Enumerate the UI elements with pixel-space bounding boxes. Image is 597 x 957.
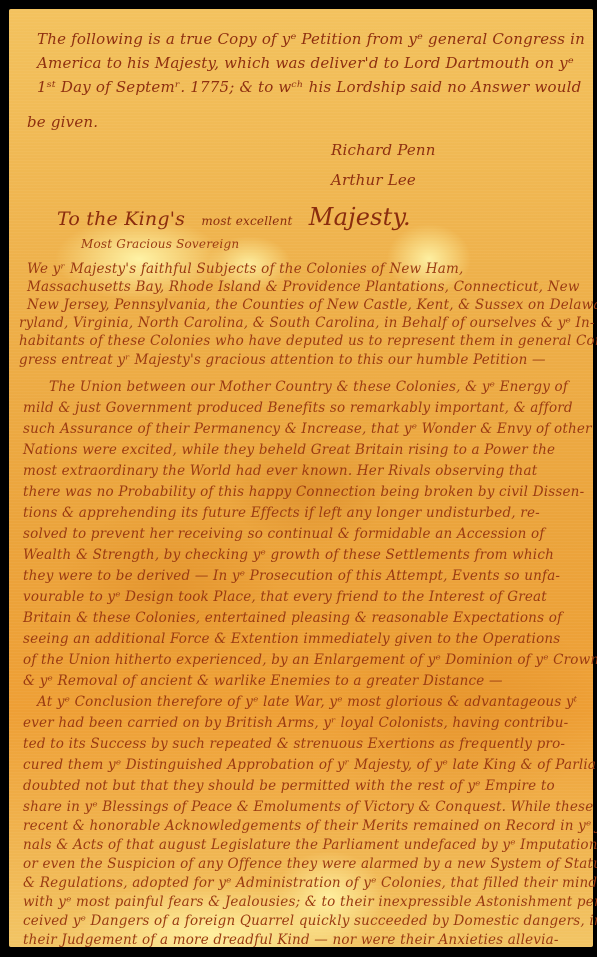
body-line-12: there was no Probability of this happy C… [23,484,584,500]
body-line-33: ceived yᵉ Dangers of a foreign Quarrel q… [23,913,597,929]
address-middle: most excellent [201,214,292,228]
body-line-4: ryland, Virginia, North Carolina, & Sout… [19,315,595,331]
body-line-30: or even the Suspicion of any Offence the… [23,856,597,872]
body-line-2: Massachusetts Bay, Rhode Island & Provid… [27,279,580,295]
address-title: Majesty. [309,203,411,231]
body-line-19: seeing an additional Force & Extention i… [23,631,560,647]
intro-line-4: be given. [27,113,98,131]
body-line-14: solved to prevent her receiving so conti… [23,526,545,542]
body-line-34: their Judgement of a more dreadful Kind … [23,932,559,948]
signature-arthur-lee: Arthur Lee [331,171,416,189]
signature-richard-penn: Richard Penn [331,141,436,159]
body-line-24: ted to its Success by such repeated & st… [23,736,565,752]
body-line-1: We yʳ Majesty's faithful Subjects of the… [27,261,463,277]
body-line-28: recent & honorable Acknowledgements of t… [23,818,597,834]
body-line-13: tions & apprehending its future Effects … [23,505,540,521]
body-line-18: Britain & these Colonies, entertained pl… [23,610,562,626]
address-prefix: To the King's [57,208,185,230]
body-line-29: nals & Acts of that august Legislature t… [23,837,597,853]
manuscript-page: The following is a true Copy of yᵉ Petit… [9,9,593,947]
body-line-21: & yᵉ Removal of ancient & warlike Enemie… [23,673,503,689]
body-line-17: vourable to yᵉ Design took Place, that e… [23,589,547,605]
body-line-8: mild & just Government produced Benefits… [23,400,573,416]
intro-line-2: America to his Majesty, which was delive… [37,54,574,72]
body-line-6: gress entreat yʳ Majesty's gracious atte… [19,352,546,368]
body-line-31: & Regulations, adopted for yᵉ Administra… [23,875,597,891]
body-line-16: they were to be derived — In yᵉ Prosecut… [23,568,560,584]
body-line-25: cured them yᵉ Distinguished Approbation … [23,757,597,773]
body-line-27: share in yᵉ Blessings of Peace & Emolume… [23,799,593,815]
intro-line-1: The following is a true Copy of yᵉ Petit… [37,30,585,48]
body-line-7: The Union between our Mother Country & t… [49,379,568,395]
body-line-3: New Jersey, Pennsylvania, the Counties o… [27,297,597,313]
body-line-23: ever had been carried on by British Arms… [23,715,568,731]
salutation: Most Gracious Sovereign [81,237,239,251]
address-line: To the King's most excellent Majesty. [57,203,411,231]
body-line-22: At yᵉ Conclusion therefore of yᵉ late Wa… [37,694,577,710]
body-line-20: of the Union hitherto experienced, by an… [23,652,597,668]
body-line-9: such Assurance of their Permanency & Inc… [23,421,592,437]
body-line-10: Nations were excited, while they beheld … [23,442,555,458]
body-line-15: Wealth & Strength, by checking yᵉ growth… [23,547,554,563]
body-line-11: most extraordinary the World had ever kn… [23,463,537,479]
body-line-32: with yᵉ most painful fears & Jealousies;… [23,894,597,910]
body-line-26: doubted not but that they should be perm… [23,778,555,794]
intro-line-3: 1ˢᵗ Day of Septemʳ. 1775; & to wᶜʰ his L… [37,78,581,96]
body-line-5: habitants of these Colonies who have dep… [19,333,597,349]
